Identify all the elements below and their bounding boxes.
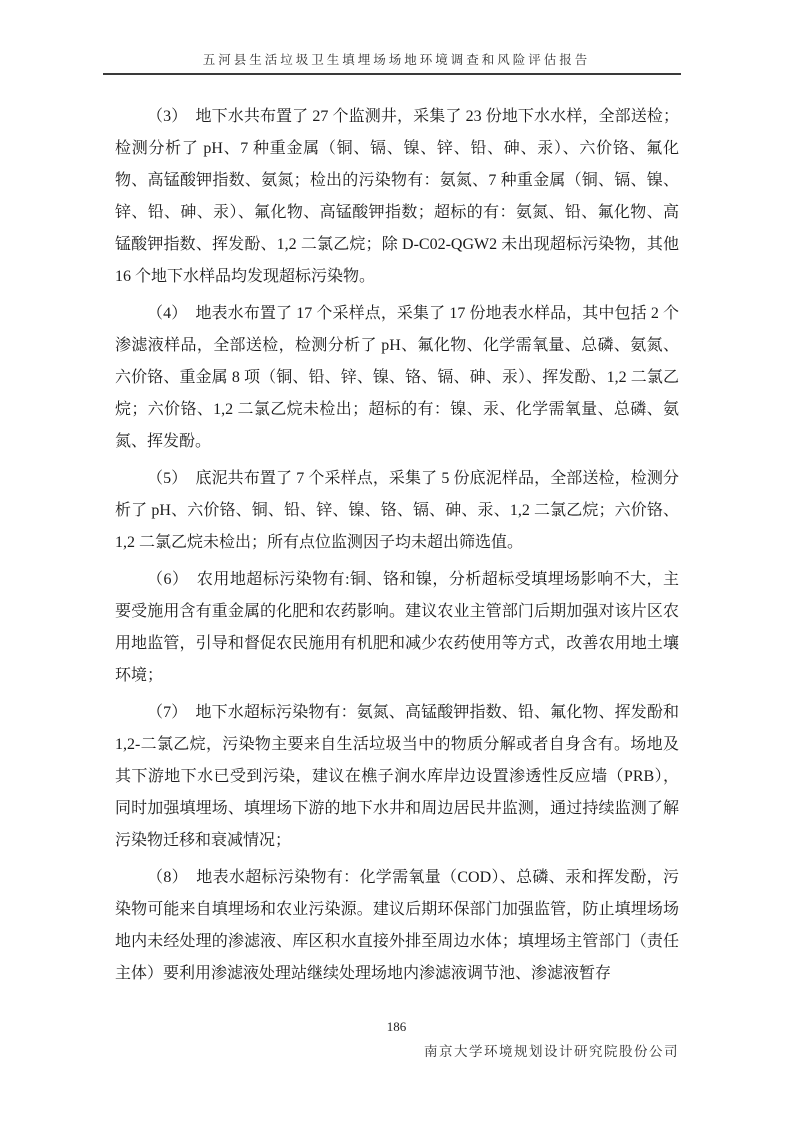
paragraph-7: （7） 地下水超标污染物有：氨氮、高锰酸钾指数、铅、氟化物、挥发酚和 1,2-二…	[115, 697, 679, 857]
page-number: 186	[0, 1019, 793, 1035]
paragraph-4: （4） 地表水布置了 17 个采样点，采集了 17 份地表水样品，其中包括 2 …	[115, 298, 679, 458]
header-rule-divider	[103, 73, 681, 75]
document-body: （3） 地下水共布置了 27 个监测井，采集了 23 份地下水水样，全部送检；检…	[115, 101, 679, 995]
report-header-title: 五河县生活垃圾卫生填埋场场地环境调查和风险评估报告	[0, 50, 793, 68]
paragraph-6: （6） 农用地超标污染物有:铜、铬和镍，分析超标受填埋场影响不大，主要受施用含有…	[115, 564, 679, 692]
paragraph-8: （8） 地表水超标污染物有：化学需氧量（COD）、总磷、汞和挥发酚，污染物可能来…	[115, 862, 679, 990]
footer-company-name: 南京大学环境规划设计研究院股份公司	[424, 1040, 679, 1060]
paragraph-3: （3） 地下水共布置了 27 个监测井，采集了 23 份地下水水样，全部送检；检…	[115, 101, 679, 293]
paragraph-5: （5） 底泥共布置了 7 个采样点，采集了 5 份底泥样品，全部送检，检测分析了…	[115, 463, 679, 559]
document-page: 五河县生活垃圾卫生填埋场场地环境调查和风险评估报告 （3） 地下水共布置了 27…	[0, 0, 793, 1122]
